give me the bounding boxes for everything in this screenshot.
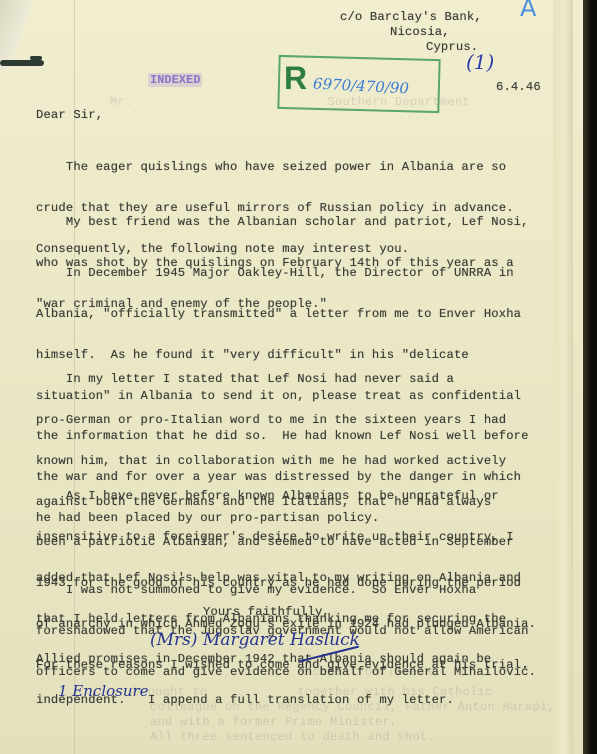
indexed-stamp: INDEXED xyxy=(148,73,202,87)
enclosure-note: 1 Enclosure xyxy=(58,682,149,700)
text-line: The eager quislings who have seized powe… xyxy=(36,161,514,175)
text-line: insensitive to a foreigner's desire to w… xyxy=(36,531,521,545)
stamp-prefix: R xyxy=(284,60,307,97)
salutation: Dear Sir, xyxy=(36,109,103,123)
corner-mark: A xyxy=(520,0,536,22)
signature: (Mrs) Margaret Hasluck xyxy=(150,630,360,650)
binder-edge xyxy=(583,0,597,754)
text-line: I was not summoned to give my evidence. … xyxy=(36,584,536,598)
letter-page: Mr. Southern Department a to escape from… xyxy=(0,0,585,754)
file-tag-string xyxy=(0,56,48,70)
address-line: c/o Barclay's Bank, xyxy=(340,11,482,25)
address-line: Nicosia, xyxy=(390,26,450,40)
text-line: In my letter I stated that Lef Nosi had … xyxy=(36,373,536,387)
closing: Yours faithfully, xyxy=(203,606,330,620)
text-line: In December 1945 Major Oakley-Hill, the … xyxy=(36,267,529,281)
text-line: My best friend was the Albanian scholar … xyxy=(36,216,529,230)
text-line: pro-German or pro-Italian word to me in … xyxy=(36,414,536,428)
folio-number: (1) xyxy=(466,50,494,74)
text-line: As I have never before known Albanians t… xyxy=(36,490,521,504)
page-edge xyxy=(553,0,573,754)
text-line: officers to come and give evidence on be… xyxy=(36,666,536,680)
letter-date: 6.4.46 xyxy=(496,81,541,95)
text-line: Albania, "officially transmitted" a lett… xyxy=(36,308,529,322)
